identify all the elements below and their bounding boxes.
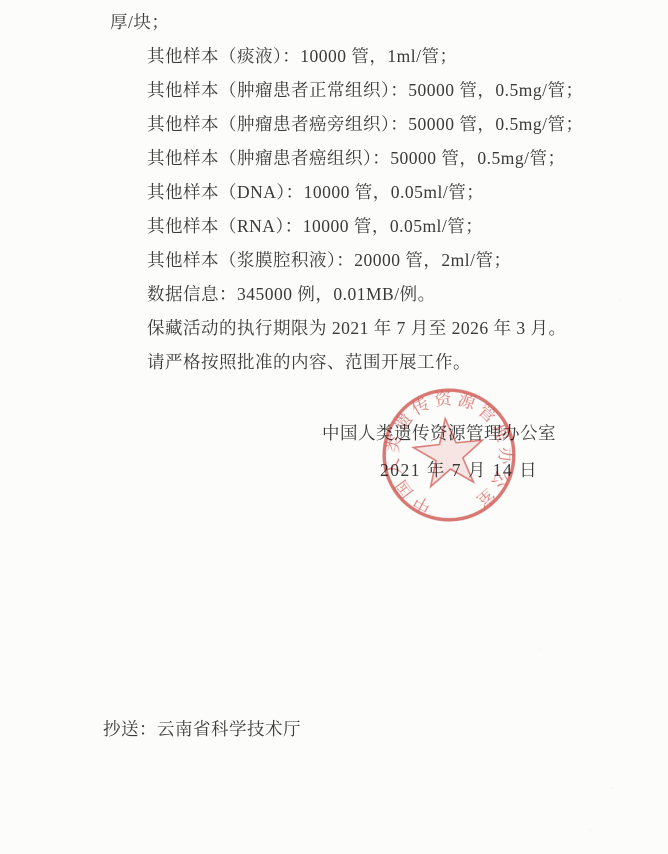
document-line: 其他样本（肿瘤患者正常组织）：50000 管，0.5mg/管； — [110, 73, 583, 107]
official-seal: 中国人类遗传资源管理办公室 — [360, 366, 538, 544]
document-line: 其他样本（DNA）：10000 管，0.05ml/管； — [110, 175, 583, 209]
document-line: 其他样本（RNA）：10000 管，0.05ml/管； — [110, 209, 583, 243]
star-icon — [411, 415, 487, 488]
document-body: 厚/块； 其他样本（痰液）：10000 管，1ml/管； 其他样本（肿瘤患者正常… — [110, 5, 583, 379]
document-line: 其他样本（浆膜腔积液）：20000 管，2ml/管； — [110, 243, 583, 277]
document-line: 其他样本（肿瘤患者癌旁组织）：50000 管，0.5mg/管； — [110, 107, 583, 141]
document-line: 保藏活动的执行期限为 2021 年 7 月至 2026 年 3 月。 — [110, 311, 583, 345]
document-line: 其他样本（肿瘤患者癌组织）：50000 管，0.5mg/管； — [110, 141, 583, 175]
document-line: 其他样本（痰液）：10000 管，1ml/管； — [110, 39, 583, 73]
document-line: 数据信息：345000 例，0.01MB/例。 — [110, 277, 583, 311]
document-line: 厚/块； — [110, 5, 583, 39]
document-page: 厚/块； 其他样本（痰液）：10000 管，1ml/管； 其他样本（肿瘤患者正常… — [0, 0, 668, 854]
cc-line: 抄送：云南省科学技术厅 — [103, 716, 301, 742]
